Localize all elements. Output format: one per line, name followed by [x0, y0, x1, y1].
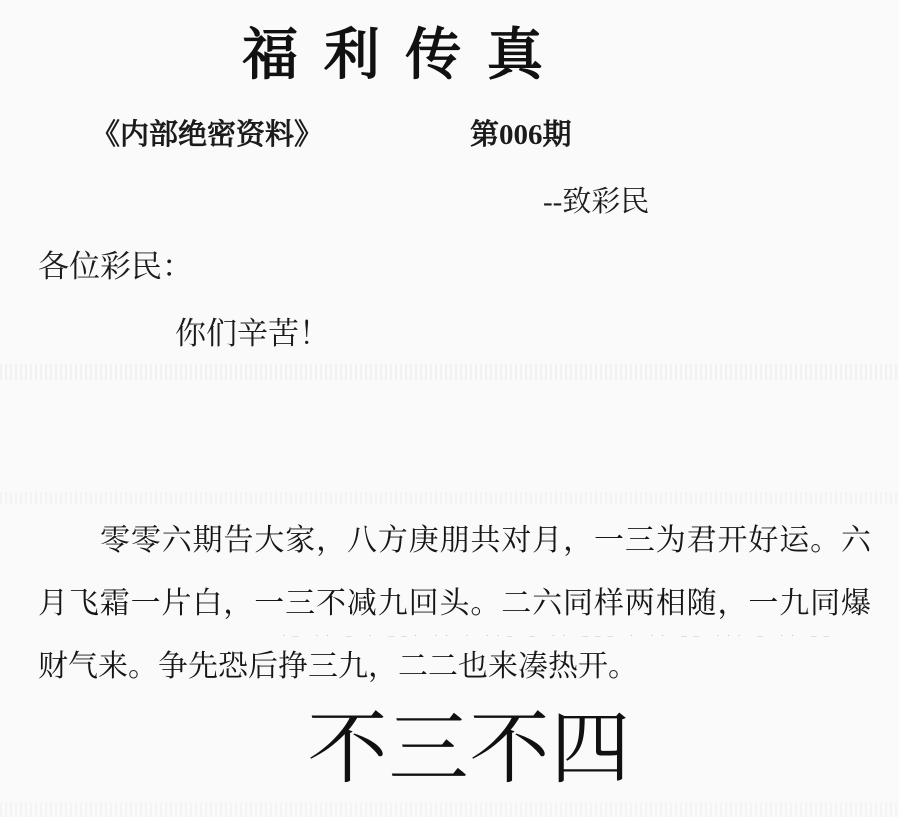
scanned-document-page: 福 利 传 真 《内部绝密资料》 第006期 --致彩民 各位彩民： 你们辛苦！…: [0, 0, 899, 817]
scan-noise-band: [0, 364, 899, 380]
scan-noise-band: [0, 802, 899, 817]
classification-label: 《内部绝密资料》: [91, 120, 323, 152]
issue-number: 第006期: [470, 120, 572, 152]
document-title: 福 利 传 真: [0, 24, 790, 86]
body-line-2: 月飞霜一片白，一三不减九回头。二六同样两相随，一九同爆: [38, 572, 871, 635]
scan-noise-band: [0, 492, 899, 504]
greeting-line: 你们辛苦！: [175, 317, 330, 351]
body-line-1: 零零六期告大家，八方庚朋共对月，一三为君开好运。六: [38, 509, 871, 572]
erased-text-artifact: ·– ·· – · ––· ·· · ··– – ·· ––– · ·· –– …: [282, 631, 882, 642]
body-line-3: 财气来。争先恐后挣三九，二二也来凑热开。: [38, 635, 871, 698]
body-paragraph: 零零六期告大家，八方庚朋共对月，一三为君开好运。六 月飞霜一片白，一三不减九回头…: [38, 509, 871, 698]
dedication-line: --致彩民: [543, 187, 649, 219]
verdict-phrase: 不三不四: [20, 708, 899, 792]
salutation-line: 各位彩民：: [38, 250, 193, 284]
